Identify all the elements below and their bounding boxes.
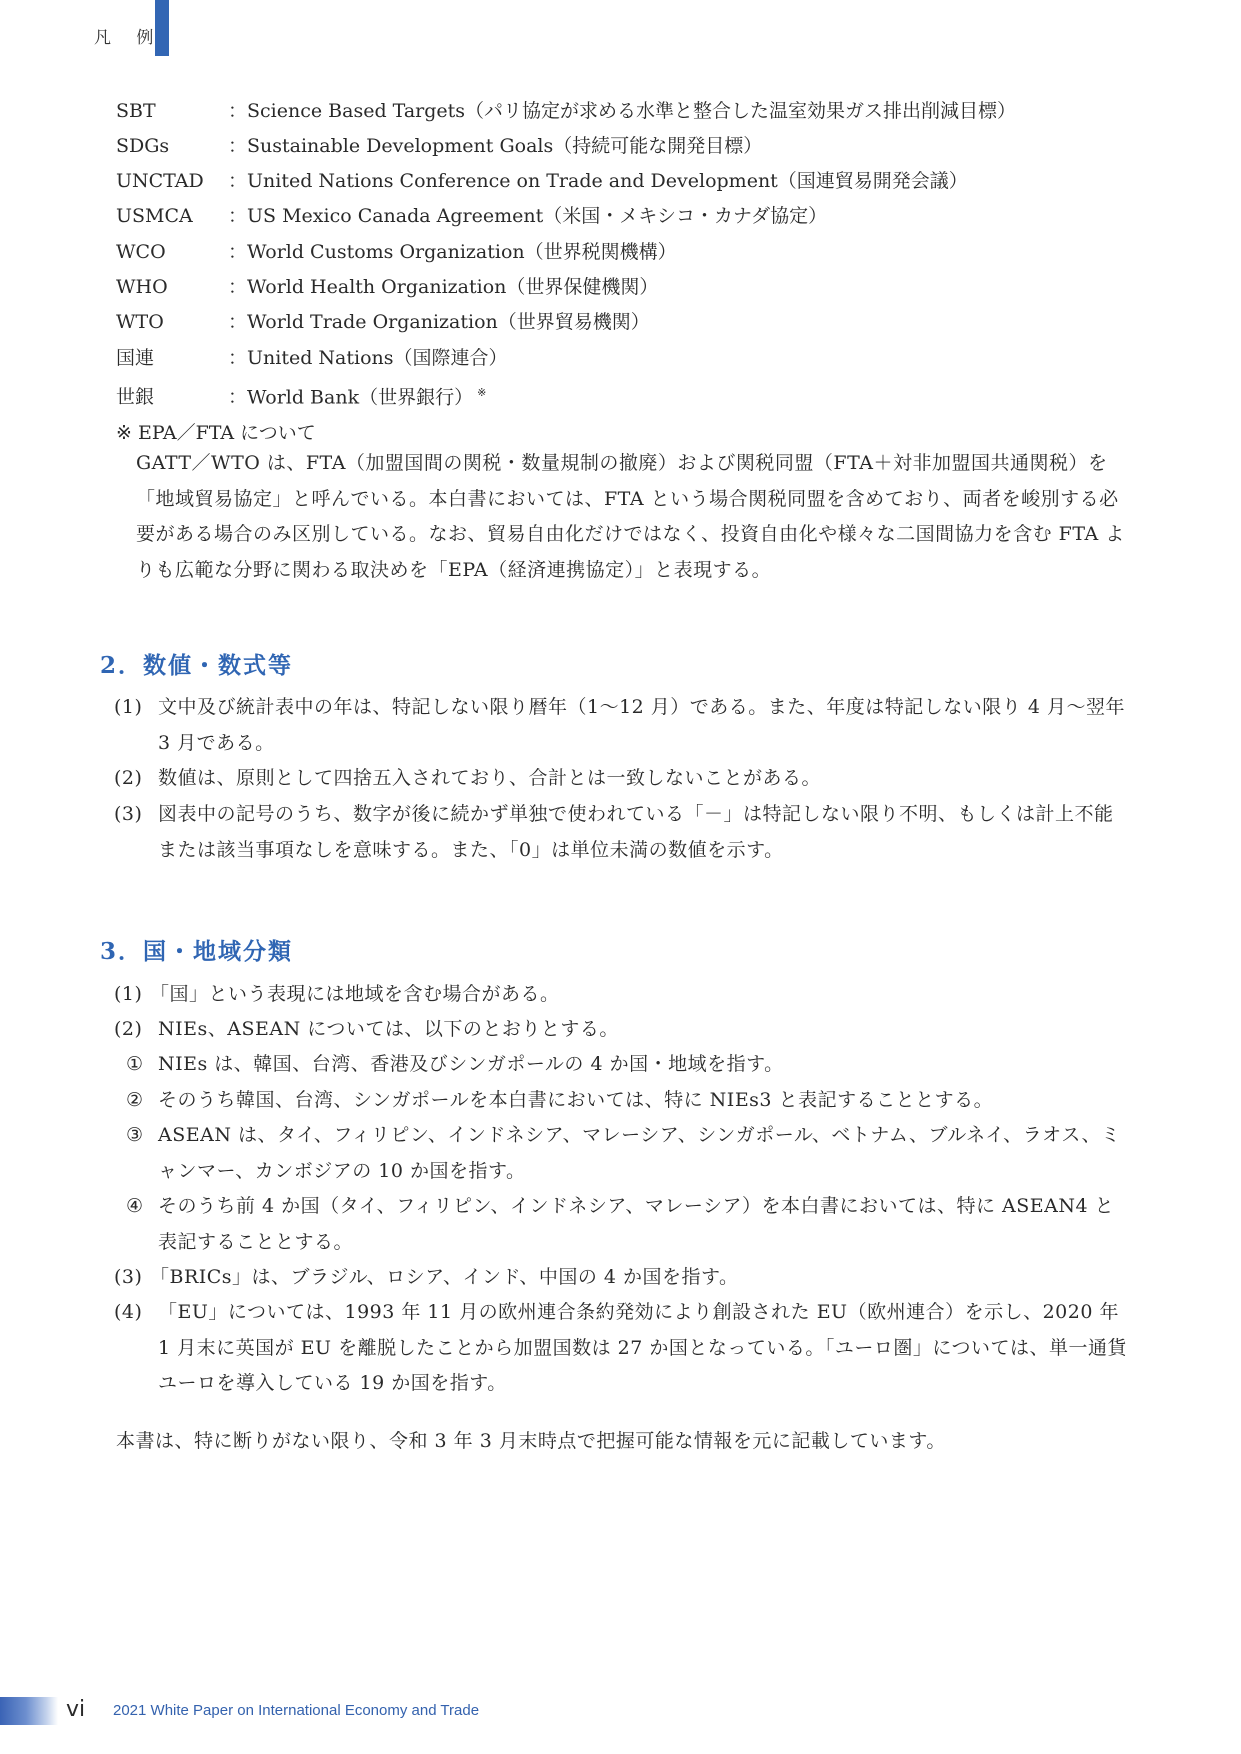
abbreviation-row: SDGs：Sustainable Development Goals（持続可能な…: [116, 133, 762, 159]
list-subitem: ① NIEs は、韓国、台湾、香港及びシンガポールの 4 か国・地域を指す。: [126, 1047, 1130, 1083]
item-number: (3): [114, 797, 142, 833]
abbreviation-row: WTO：World Trade Organization（世界貿易機関）: [116, 309, 650, 335]
list-subitem: ② そのうち韓国、台湾、シンガポールを本白書においては、特に NIEs3 と表記…: [126, 1083, 1130, 1119]
item-number: (4): [114, 1295, 142, 1331]
item-text: そのうち前 4 か国（タイ、フィリピン、インドネシア、マレーシア）を本白書におい…: [126, 1189, 1130, 1260]
abbreviation-key: WHO: [116, 274, 228, 300]
item-number: ①: [126, 1047, 144, 1083]
list-item: (3) 図表中の記号のうち、数字が後に続かず単独で使われている「－」は特記しない…: [114, 797, 1130, 868]
item-text: 文中及び統計表中の年は、特記しない限り暦年（1〜12 月）である。また、年度は特…: [114, 690, 1130, 761]
list-subitem: ③ ASEAN は、タイ、フィリピン、インドネシア、マレーシア、シンガポール、ベ…: [126, 1118, 1130, 1189]
item-number: (1): [114, 977, 142, 1013]
header-accent-bar: [155, 0, 169, 56]
section-heading: 2．数値・数式等: [100, 647, 293, 680]
item-number: (1): [114, 690, 142, 726]
list-item: (3) 「BRICs」は、ブラジル、ロシア、インド、中国の 4 か国を指す。: [114, 1260, 1130, 1296]
abbreviation-value: World Bank（世界銀行）: [247, 386, 473, 408]
abbreviation-row: WHO：World Health Organization（世界保健機関）: [116, 274, 658, 300]
item-text: 数値は、原則として四捨五入されており、合計とは一致しないことがある。: [114, 761, 1130, 797]
item-number: (3): [114, 1260, 142, 1296]
abbreviation-row: WCO：World Customs Organization（世界税関機構）: [116, 239, 677, 265]
item-number: ③: [126, 1118, 144, 1154]
abbreviation-row: 国連：United Nations（国際連合）: [116, 345, 508, 371]
list-item: (2) NIEs、ASEAN については、以下のとおりとする。: [114, 1012, 1130, 1048]
note-body: GATT／WTO は、FTA（加盟国間の関税・数量規制の撤廃）および関税同盟（F…: [136, 446, 1130, 588]
abbreviation-value: Science Based Targets（パリ協定が求める水準と整合した温室効…: [247, 100, 1016, 122]
list-item: (2) 数値は、原則として四捨五入されており、合計とは一致しないことがある。: [114, 761, 1130, 797]
abbreviation-key: UNCTAD: [116, 168, 228, 194]
item-text: ASEAN は、タイ、フィリピン、インドネシア、マレーシア、シンガポール、ベトナ…: [126, 1118, 1130, 1189]
item-text: 図表中の記号のうち、数字が後に続かず単独で使われている「－」は特記しない限り不明…: [114, 797, 1130, 868]
list-item: (4) 「EU」については、1993 年 11 月の欧州連合条約発効により創設さ…: [114, 1295, 1130, 1402]
list-subitem: ④ そのうち前 4 か国（タイ、フィリピン、インドネシア、マレーシア）を本白書に…: [126, 1189, 1130, 1260]
abbreviation-key: 国連: [116, 345, 228, 371]
abbreviation-key: SBT: [116, 98, 228, 124]
abbreviation-key: USMCA: [116, 203, 228, 229]
abbreviation-key: WCO: [116, 239, 228, 265]
item-number: ②: [126, 1083, 144, 1119]
item-number: ④: [126, 1189, 144, 1225]
page-number: vi: [66, 1697, 85, 1722]
abbreviation-value: Sustainable Development Goals（持続可能な開発目標）: [247, 135, 762, 157]
footer-accent-gradient: [0, 1697, 58, 1725]
abbreviation-row: 世銀：World Bank（世界銀行）※: [116, 380, 486, 410]
item-text: そのうち韓国、台湾、シンガポールを本白書においては、特に NIEs3 と表記する…: [126, 1083, 1130, 1119]
footnote-marker: ※: [477, 386, 486, 399]
item-number: (2): [114, 761, 142, 797]
footer-publication-title: 2021 White Paper on International Econom…: [113, 1702, 479, 1719]
note-title: ※ EPA／FTA について: [116, 418, 316, 445]
item-number: (2): [114, 1012, 142, 1048]
abbreviation-row: UNCTAD：United Nations Conference on Trad…: [116, 168, 968, 194]
abbreviation-value: World Customs Organization（世界税関機構）: [247, 241, 677, 263]
abbreviation-key: SDGs: [116, 133, 228, 159]
item-text: 「EU」については、1993 年 11 月の欧州連合条約発効により創設された E…: [114, 1295, 1130, 1402]
section-heading: 3．国・地域分類: [100, 933, 293, 966]
abbreviation-value: US Mexico Canada Agreement（米国・メキシコ・カナダ協定…: [247, 205, 827, 227]
closing-statement: 本書は、特に断りがない限り、令和 3 年 3 月末時点で把握可能な情報を元に記載…: [116, 1424, 1130, 1460]
abbreviation-key: 世銀: [116, 384, 228, 410]
running-header-label: 凡 例: [94, 23, 163, 48]
abbreviation-value: United Nations Conference on Trade and D…: [247, 170, 968, 192]
list-item: (1) 文中及び統計表中の年は、特記しない限り暦年（1〜12 月）である。また、…: [114, 690, 1130, 761]
abbreviation-row: SBT：Science Based Targets（パリ協定が求める水準と整合し…: [116, 98, 1016, 124]
item-text: 「国」という表現には地域を含む場合がある。: [114, 977, 1130, 1013]
abbreviation-value: United Nations（国際連合）: [247, 347, 508, 369]
abbreviation-row: USMCA：US Mexico Canada Agreement（米国・メキシコ…: [116, 203, 827, 229]
item-text: NIEs は、韓国、台湾、香港及びシンガポールの 4 か国・地域を指す。: [126, 1047, 1130, 1083]
abbreviation-value: World Health Organization（世界保健機関）: [247, 276, 658, 298]
item-text: 「BRICs」は、ブラジル、ロシア、インド、中国の 4 か国を指す。: [114, 1260, 1130, 1296]
item-text: NIEs、ASEAN については、以下のとおりとする。: [114, 1012, 1130, 1048]
list-item: (1) 「国」という表現には地域を含む場合がある。: [114, 977, 1130, 1013]
abbreviation-key: WTO: [116, 309, 228, 335]
abbreviation-value: World Trade Organization（世界貿易機関）: [247, 311, 650, 333]
